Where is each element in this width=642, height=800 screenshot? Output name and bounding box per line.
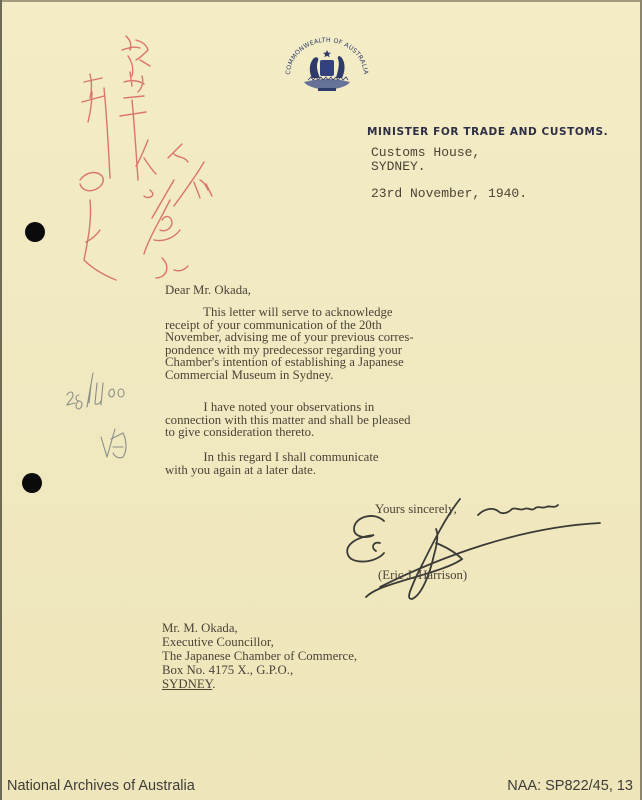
archive-name: National Archives of Australia [7,778,195,794]
recipient-line5: SYDNEY. [162,678,215,691]
document-page: COMMONWEALTH OF AUSTRALIA MINISTER FOR T… [0,0,642,800]
signatory-name: (Eric J. Harrison) [378,569,467,582]
salutation: Dear Mr. Okada, [165,284,251,297]
recipient-line3: The Japanese Chamber of Commerce, [162,650,357,663]
body-paragraph-1: This letter will serve to acknowledge re… [165,306,414,382]
punch-hole [22,473,42,493]
coat-of-arms-icon: COMMONWEALTH OF AUSTRALIA [282,36,372,96]
punch-hole [25,222,45,242]
archive-reference: NAA: SP822/45, 13 [507,778,633,794]
recipient-line1: Mr. M. Okada, [162,622,238,635]
minister-title: MINISTER FOR TRADE AND CUSTOMS. [367,126,608,138]
letter-date: 23rd November, 1940. [371,187,527,201]
red-pencil-annotation-icon [70,30,220,300]
body-paragraph-3: In this regard I shall communicate with … [165,451,379,476]
sender-address-line1: Customs House, [371,146,480,160]
recipient-city: SYDNEY [162,677,212,691]
recipient-city-suffix: . [212,677,215,691]
sender-address-line2: SYDNEY. [371,160,426,174]
closing: Yours sincerely, [375,503,457,516]
body-paragraph-2: I have noted your observations in connec… [165,401,411,439]
recipient-line4: Box No. 4175 X., G.P.O., [162,664,293,677]
red-pencil-mark-icon [170,160,215,210]
pencil-date-initials-icon [65,365,135,465]
recipient-line2: Executive Councillor, [162,636,274,649]
